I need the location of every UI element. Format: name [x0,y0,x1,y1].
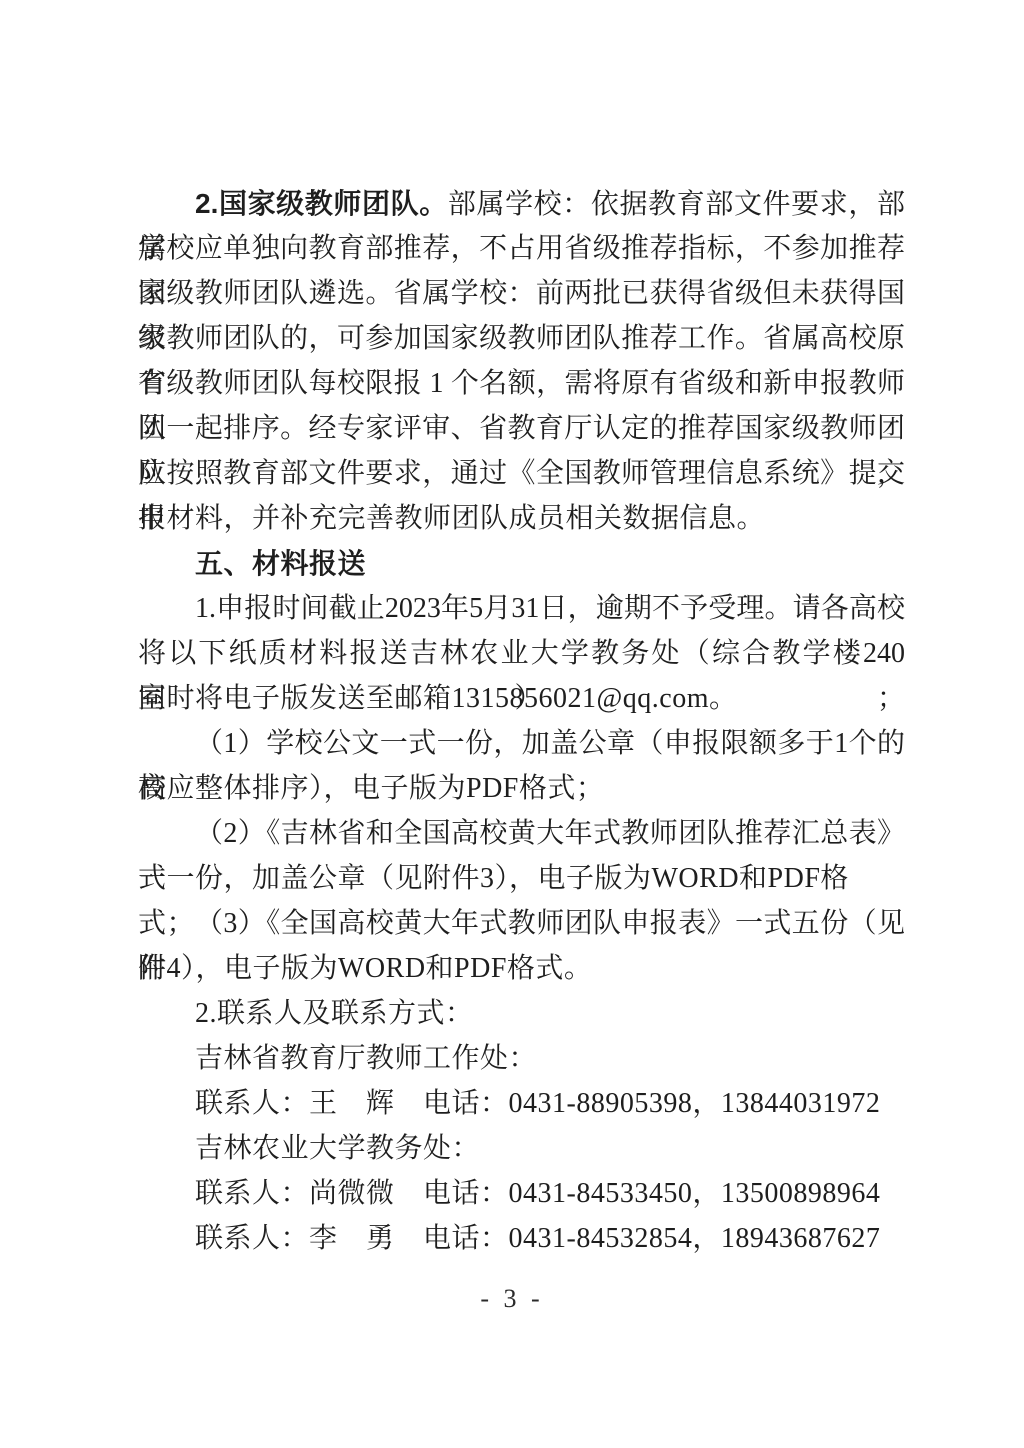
section-heading: 五、材料报送 [138,541,905,586]
document-line: 省级教师团队每校限报 1 个名额，需将原有省级和新申报教师团 [138,361,905,406]
text-segment: 联系人：王 辉 电话：0431-88905398，13844031972 [195,1088,880,1119]
document-line: 件4），电子版为WORD和PDF格式。 [138,946,905,991]
text-segment: 联系人：李 勇 电话：0431-84532854，18943687627 [195,1223,880,1254]
document-line: 2.联系人及联系方式： [138,991,905,1036]
document-page: 2.国家级教师团队。部属学校：依据教育部文件要求，部属学校应单独向教育部推荐，不… [0,0,1024,1448]
bold-text-segment: 2.国家级教师团队。 [195,188,448,219]
document-line: 2.国家级教师团队。部属学校：依据教育部文件要求，部属 [138,181,905,226]
document-line: 级教师团队的，可参加国家级教师团队推荐工作。省属高校原有 [138,316,905,361]
document-line: 将以下纸质材料报送吉林农业大学教务处（综合教学楼240室）； [138,631,905,676]
text-segment: 1.申报时间截止2023年5月31日，逾期不予受理。请各高校 [195,593,905,624]
document-line: 1.申报时间截止2023年5月31日，逾期不予受理。请各高校 [138,586,905,631]
document-line: 联系人：尚微微 电话：0431-84533450，13500898964 [138,1171,905,1216]
document-line: 应按照教育部文件要求，通过《全国教师管理信息系统》提交申 [138,451,905,496]
document-line: 联系人：王 辉 电话：0431-88905398，13844031972 [138,1081,905,1126]
text-segment: 同时将电子版发送至邮箱1315856021@qq.com。 [138,683,738,714]
document-line: 队一起排序。经专家评审、省教育厅认定的推荐国家级教师团队， [138,406,905,451]
document-line: 联系人：李 勇 电话：0431-84532854，18943687627 [138,1216,905,1261]
document-line: 吉林省教育厅教师工作处： [138,1036,905,1081]
document-line: 报材料，并补充完善教师团队成员相关数据信息。 [138,496,905,541]
text-segment: 校应整体排序），电子版为PDF格式； [138,773,604,804]
text-segment: 件4），电子版为WORD和PDF格式。 [138,953,592,984]
document-line: 校应整体排序），电子版为PDF格式； [138,766,905,811]
document-line: 学校应单独向教育部推荐，不占用省级推荐指标，不参加推荐国 [138,226,905,271]
text-segment: 吉林省教育厅教师工作处： [195,1043,537,1074]
page-number: - 3 - [0,1282,1024,1316]
document-line: （1）学校公文一式一份，加盖公章（申报限额多于1个的高 [138,721,905,766]
text-segment: 联系人：尚微微 电话：0431-84533450，13500898964 [195,1178,880,1209]
text-segment: 吉林农业大学教务处： [195,1133,480,1164]
document-body: 2.国家级教师团队。部属学校：依据教育部文件要求，部属学校应单独向教育部推荐，不… [138,181,905,1261]
bold-text-segment: 五、材料报送 [195,548,366,579]
document-line: 家级教师团队遴选。省属学校：前两批已获得省级但未获得国家 [138,271,905,316]
document-line: （2）《吉林省和全国高校黄大年式教师团队推荐汇总表》一 [138,811,905,856]
document-line: 式一份，加盖公章（见附件3），电子版为WORD和PDF格式； [138,856,905,901]
text-segment: 2.联系人及联系方式： [195,998,474,1029]
document-line: （3）《全国高校黄大年式教师团队申报表》一式五份（见附 [138,901,905,946]
text-segment: 报材料，并补充完善教师团队成员相关数据信息。 [138,503,765,534]
document-line: 吉林农业大学教务处： [138,1126,905,1171]
